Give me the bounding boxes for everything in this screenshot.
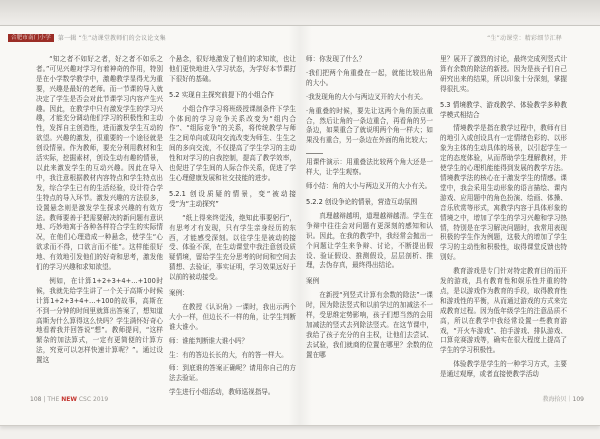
dialog-line: 生：有的答边长长的大，有的答一样大。: [169, 351, 296, 361]
paragraph: 在新授“列竖式计算有余数的除法”一课时，因为除法竖式和以前学过的加减法不一样，受…: [306, 291, 433, 360]
text-column-left-1: “知之者不如好之者，好之者不如乐之者。”可见兴趣对学习有着神奇的作用，特别是在小…: [36, 55, 163, 401]
paragraph: 小组合作学习将班级授课制条件下学生个体间的学习竞争关系改变为“组内合作”、“组际…: [169, 105, 296, 184]
left-header-title: 第一辑 “生”动课堂教师们的会议论文集: [58, 33, 166, 42]
section-label: 教海拾贝: [543, 396, 567, 403]
paragraph: 例如，在计算1+2+3+4+…+100时候，我就先给学生讲了一个关于高斯小时候计…: [36, 277, 163, 366]
paragraph: 真理越辩越明，道理越辩越清。学生在争辩中往往会对问题有更深刻的感知和认识。因此，…: [306, 212, 433, 271]
left-page-number: 108: [30, 396, 41, 403]
dialog-line: 师：到底谁的答案正确呢？请用你自己的方法去验证。: [169, 364, 296, 384]
bullet-item: ·角重叠的时候，要先让这两个角的顶点重合，然后让角的一条边重合，再看角的另一条边…: [306, 107, 433, 147]
paragraph-continuation: 里？展开了激烈的讨论，最终完成列竖式计算有余数的除法的新授。因为是孩子们自己研究…: [440, 55, 567, 95]
brand-text-accent: NEW: [61, 396, 77, 403]
paragraph: 教育游戏是专门针对特定教育目的而开发的游戏，具有教育性和娱乐性并重的特点，是以游…: [440, 267, 567, 356]
left-running-header: 合肥市南门小学 第一辑 “生”动课堂教师们的会议论文集: [8, 33, 166, 42]
paragraph-continuation: 个悬念，很好地激发了他们的求知欲，也让他们更快地进入学习状态，为学好本节课打下很…: [169, 55, 296, 85]
paragraph: 体验教学是学生的一种学习方式，主要是通过观摩，或者直接使教学活动: [440, 360, 567, 380]
dialog-line: 师：谁能判断谁大谁小吗？: [169, 337, 296, 347]
section-heading: 5.2.2 创设争论的情景，营造互动氛围: [306, 198, 433, 208]
text-column-right-2: 里？展开了激烈的讨论，最终完成列竖式计算有余数的除法的新授。因为是孩子们自己研究…: [440, 55, 567, 401]
dialog-line: 师小结：角的大小与两边叉开的大小有关。: [306, 182, 433, 192]
section-heading: 5.2.1 创设质疑的情景，变“被动接受”为“主动探究”: [169, 190, 296, 210]
right-page-number: 109: [573, 396, 584, 403]
brand-text-pre: THE: [47, 396, 61, 403]
right-running-header: “生”动课堂：精彩细节汇释: [487, 33, 562, 42]
separator-rule: [306, 153, 323, 154]
dialog-line: 师：你发现了什么？: [306, 55, 433, 65]
brand-text-post: CSC 2019: [77, 396, 108, 403]
text-column-left-2: 个悬念，很好地激发了他们的求知欲，也让他们更快地进入学习状态，为学好本节课打下很…: [169, 55, 296, 401]
paragraph: “知之者不如好之者，好之者不如乐之者。”可见兴趣对学习有着神奇的作用，特别是在小…: [36, 55, 163, 273]
case-label: 案例: [306, 277, 433, 287]
case-label: 案例：: [169, 289, 296, 299]
section-heading: 5.3 情境教学、游戏教学、体验教学多种教学模式相结合: [440, 101, 567, 121]
school-badge: 合肥市南门小学: [8, 34, 54, 42]
dialog-line: 学生进行小组活动，教师巡视指导。: [169, 388, 296, 398]
paragraph: 在教授《认识角》一课时，我出示两个大小一样，但边长不一样的角，让学生判断谁大谁小…: [169, 303, 296, 333]
right-page-footer: 教海拾贝｜109: [543, 394, 584, 403]
section-heading: 5.2 实现自主探究前提下的小组合作: [169, 91, 296, 101]
paragraph: “纸上得来终觉浅，绝知此事要躬行”，有思考才有发现，只有学生亲身经历的东西，才能…: [169, 214, 296, 283]
dialog-line: 用课件演示：用重叠法比较两个角大还是一样大，让学生观察。: [306, 158, 433, 178]
bullet-item: ·我发现角的大小与两边叉开的大小有关。: [306, 93, 433, 103]
paragraph: 情境教学是指在教学过程中，教师有目的地引入或创设具有一定情绪色彩的、以形象为主体…: [440, 124, 567, 263]
bullet-item: ·我们把两个角重叠在一起，就能比较出角的大小。: [306, 69, 433, 89]
book-spread: 合肥市南门小学 第一辑 “生”动课堂教师们的会议论文集 “生”动课堂：精彩细节汇…: [0, 25, 600, 426]
scanned-book-spread: { "colors":{"accent_red":"#9b2d26","foot…: [0, 0, 600, 439]
left-page-footer: 108 | THE NEW CSC 2019: [30, 396, 108, 403]
right-header-title: “生”动课堂：精彩细节汇释: [487, 35, 562, 42]
footer-divider: |: [43, 396, 45, 403]
text-column-right-1: 师：你发现了什么？·我们把两个角重叠在一起，就能比较出角的大小。·我发现角的大小…: [306, 55, 433, 401]
